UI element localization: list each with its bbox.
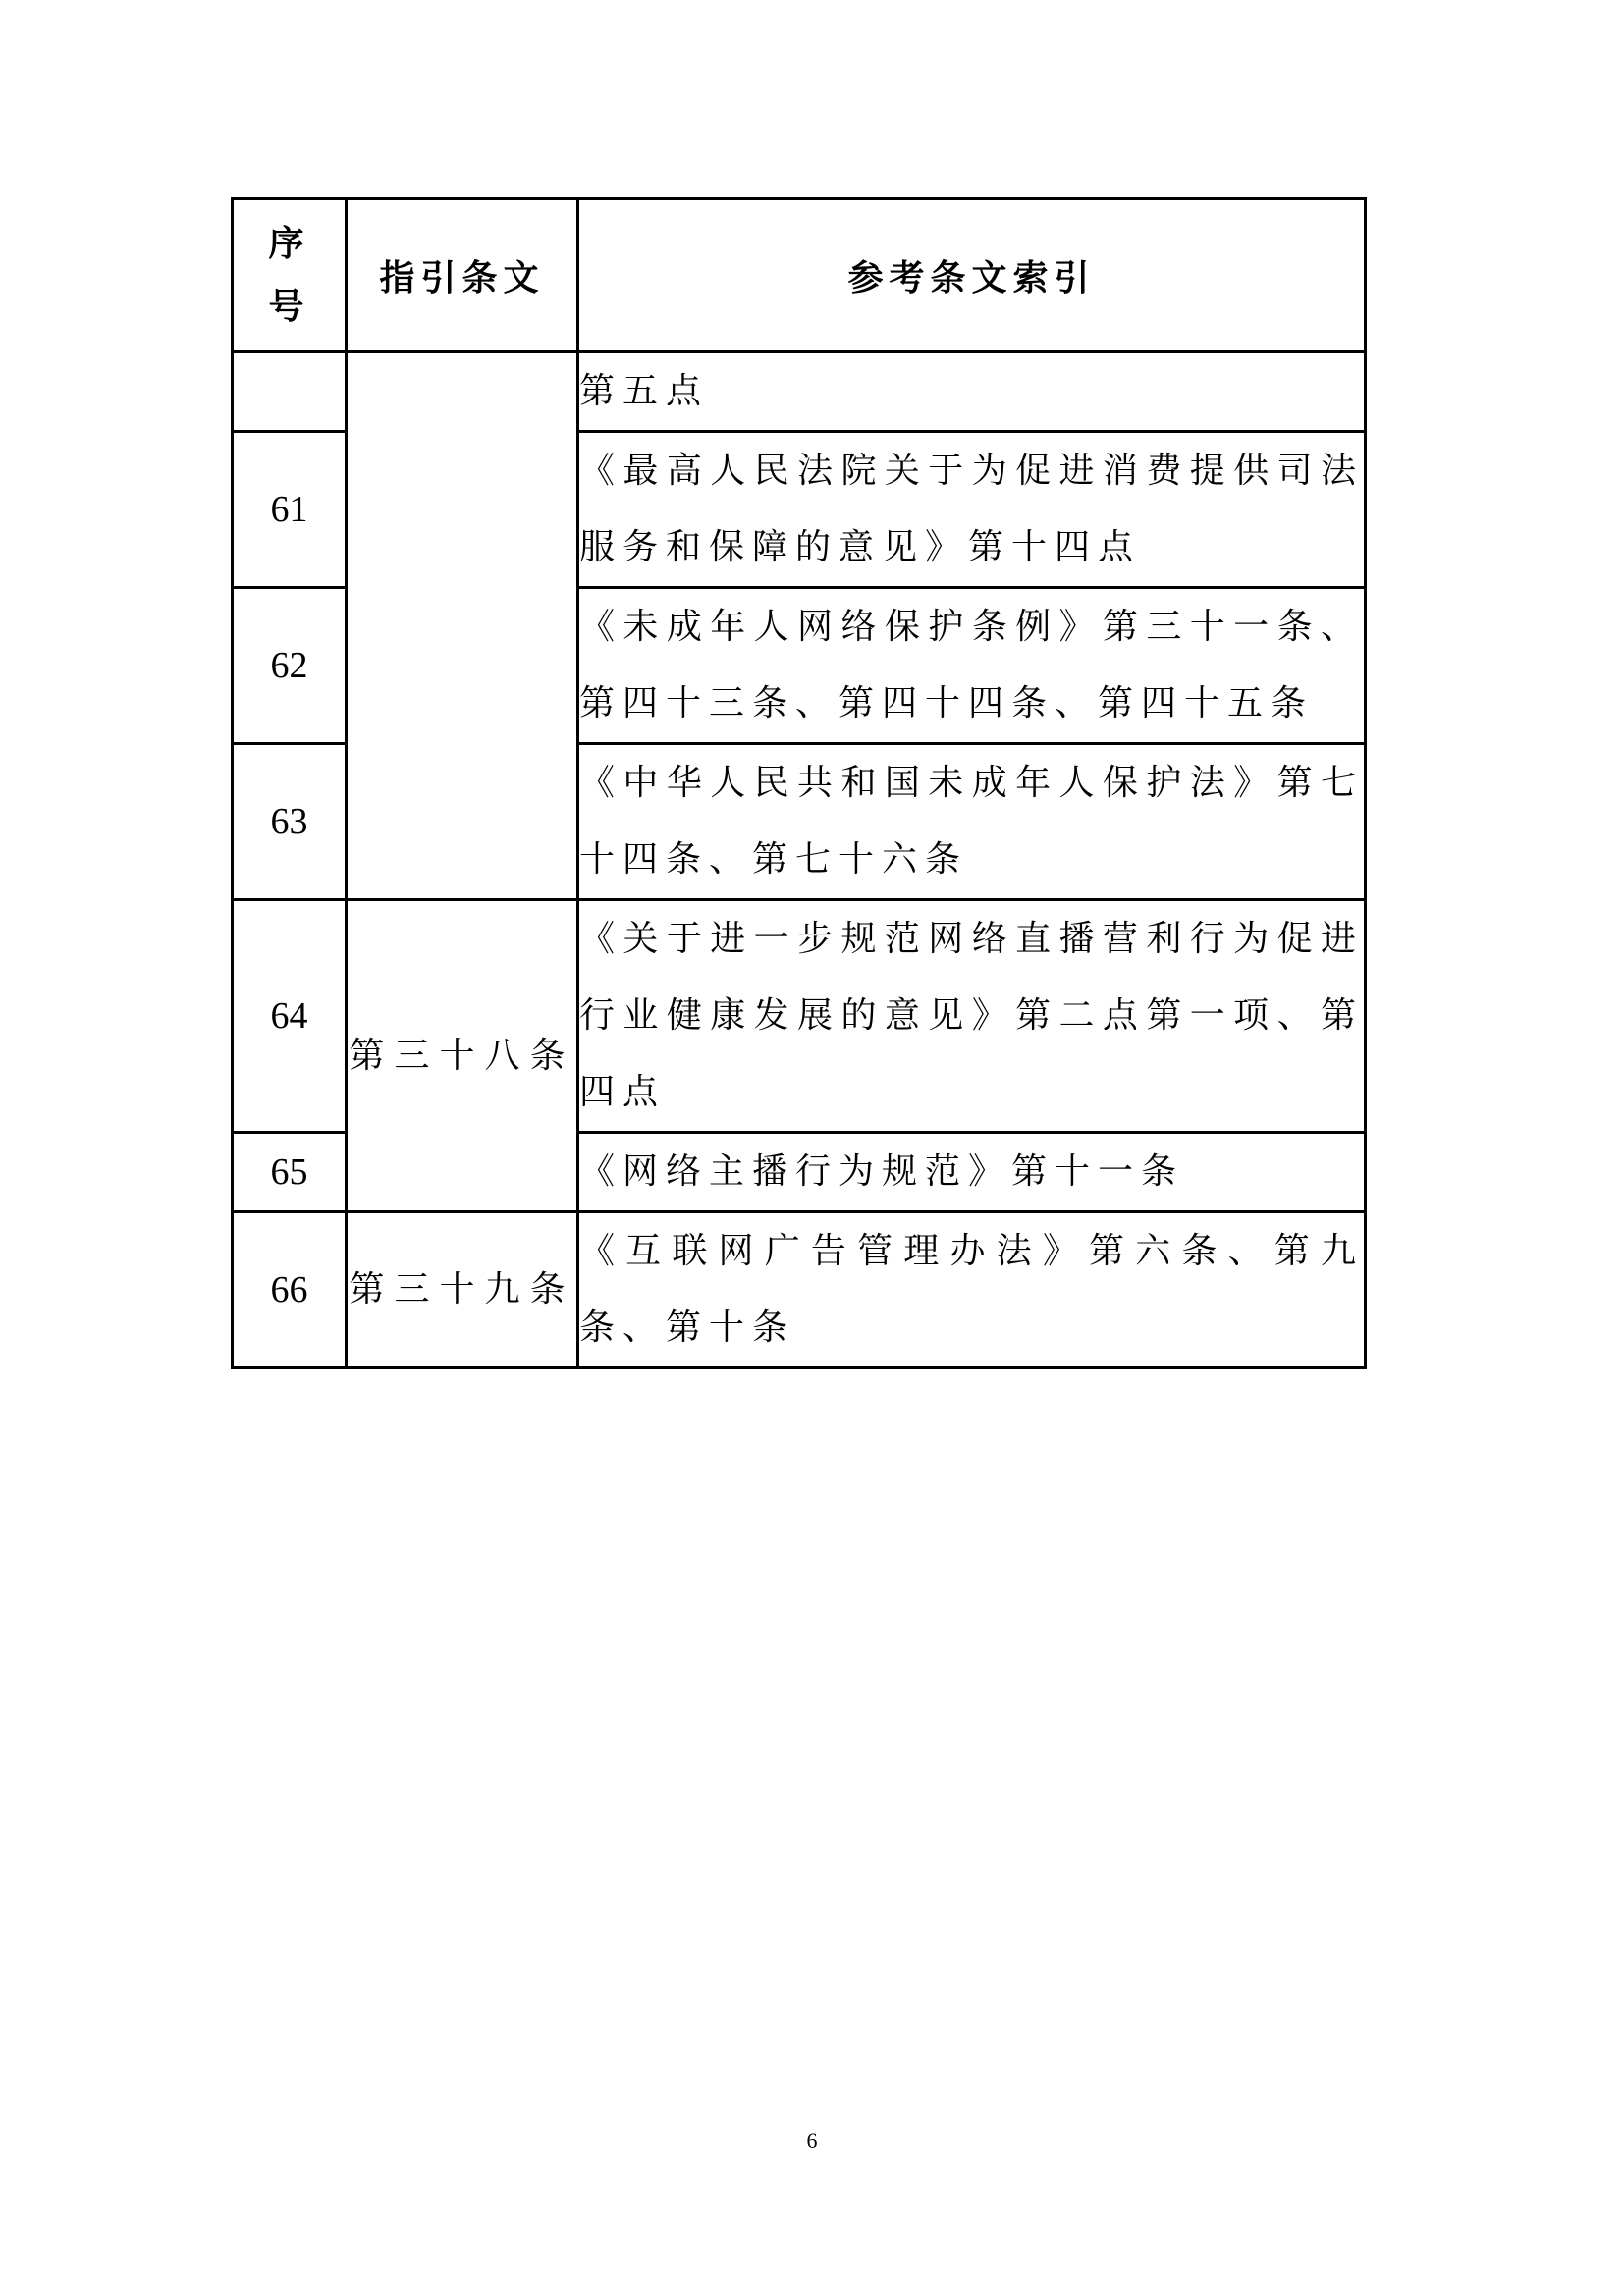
header-seq-line1: 序: [234, 213, 345, 276]
row-seq: [233, 352, 347, 432]
row-reference: 第五点: [578, 352, 1366, 432]
document-page: 序 号 指引条文 参考条文索引 第五点 61 《最高人民法院关于为促进消费提供司…: [0, 0, 1624, 2296]
row-seq: 61: [233, 432, 347, 588]
row-reference: 《最高人民法院关于为促进消费提供司法服务和保障的意见》第十四点: [578, 432, 1366, 588]
header-guide-article: 指引条文: [347, 199, 578, 352]
reference-table: 序 号 指引条文 参考条文索引 第五点 61 《最高人民法院关于为促进消费提供司…: [231, 197, 1367, 1369]
row-reference: 《未成年人网络保护条例》第三十一条、第四十三条、第四十四条、第四十五条: [578, 588, 1366, 744]
row-seq: 65: [233, 1133, 347, 1212]
table-row: 64 第三十八条 《关于进一步规范网络直播营利行为促进行业健康发展的意见》第二点…: [233, 900, 1366, 1133]
header-seq-line2: 号: [234, 276, 345, 339]
row-guide-article: 第三十九条: [347, 1212, 578, 1368]
row-reference: 《关于进一步规范网络直播营利行为促进行业健康发展的意见》第二点第一项、第四点: [578, 900, 1366, 1133]
row-guide-article: [347, 352, 578, 900]
row-reference: 《网络主播行为规范》第十一条: [578, 1133, 1366, 1212]
page-number: 6: [802, 2128, 822, 2154]
table-row: 66 第三十九条 《互联网广告管理办法》第六条、第九条、第十条: [233, 1212, 1366, 1368]
table-header-row: 序 号 指引条文 参考条文索引: [233, 199, 1366, 352]
row-reference: 《互联网广告管理办法》第六条、第九条、第十条: [578, 1212, 1366, 1368]
header-seq: 序 号: [233, 199, 347, 352]
row-seq: 66: [233, 1212, 347, 1368]
row-seq: 64: [233, 900, 347, 1133]
row-seq: 63: [233, 744, 347, 900]
row-seq: 62: [233, 588, 347, 744]
table-row: 第五点: [233, 352, 1366, 432]
row-guide-article: 第三十八条: [347, 900, 578, 1212]
header-reference-index: 参考条文索引: [578, 199, 1366, 352]
row-reference: 《中华人民共和国未成年人保护法》第七十四条、第七十六条: [578, 744, 1366, 900]
